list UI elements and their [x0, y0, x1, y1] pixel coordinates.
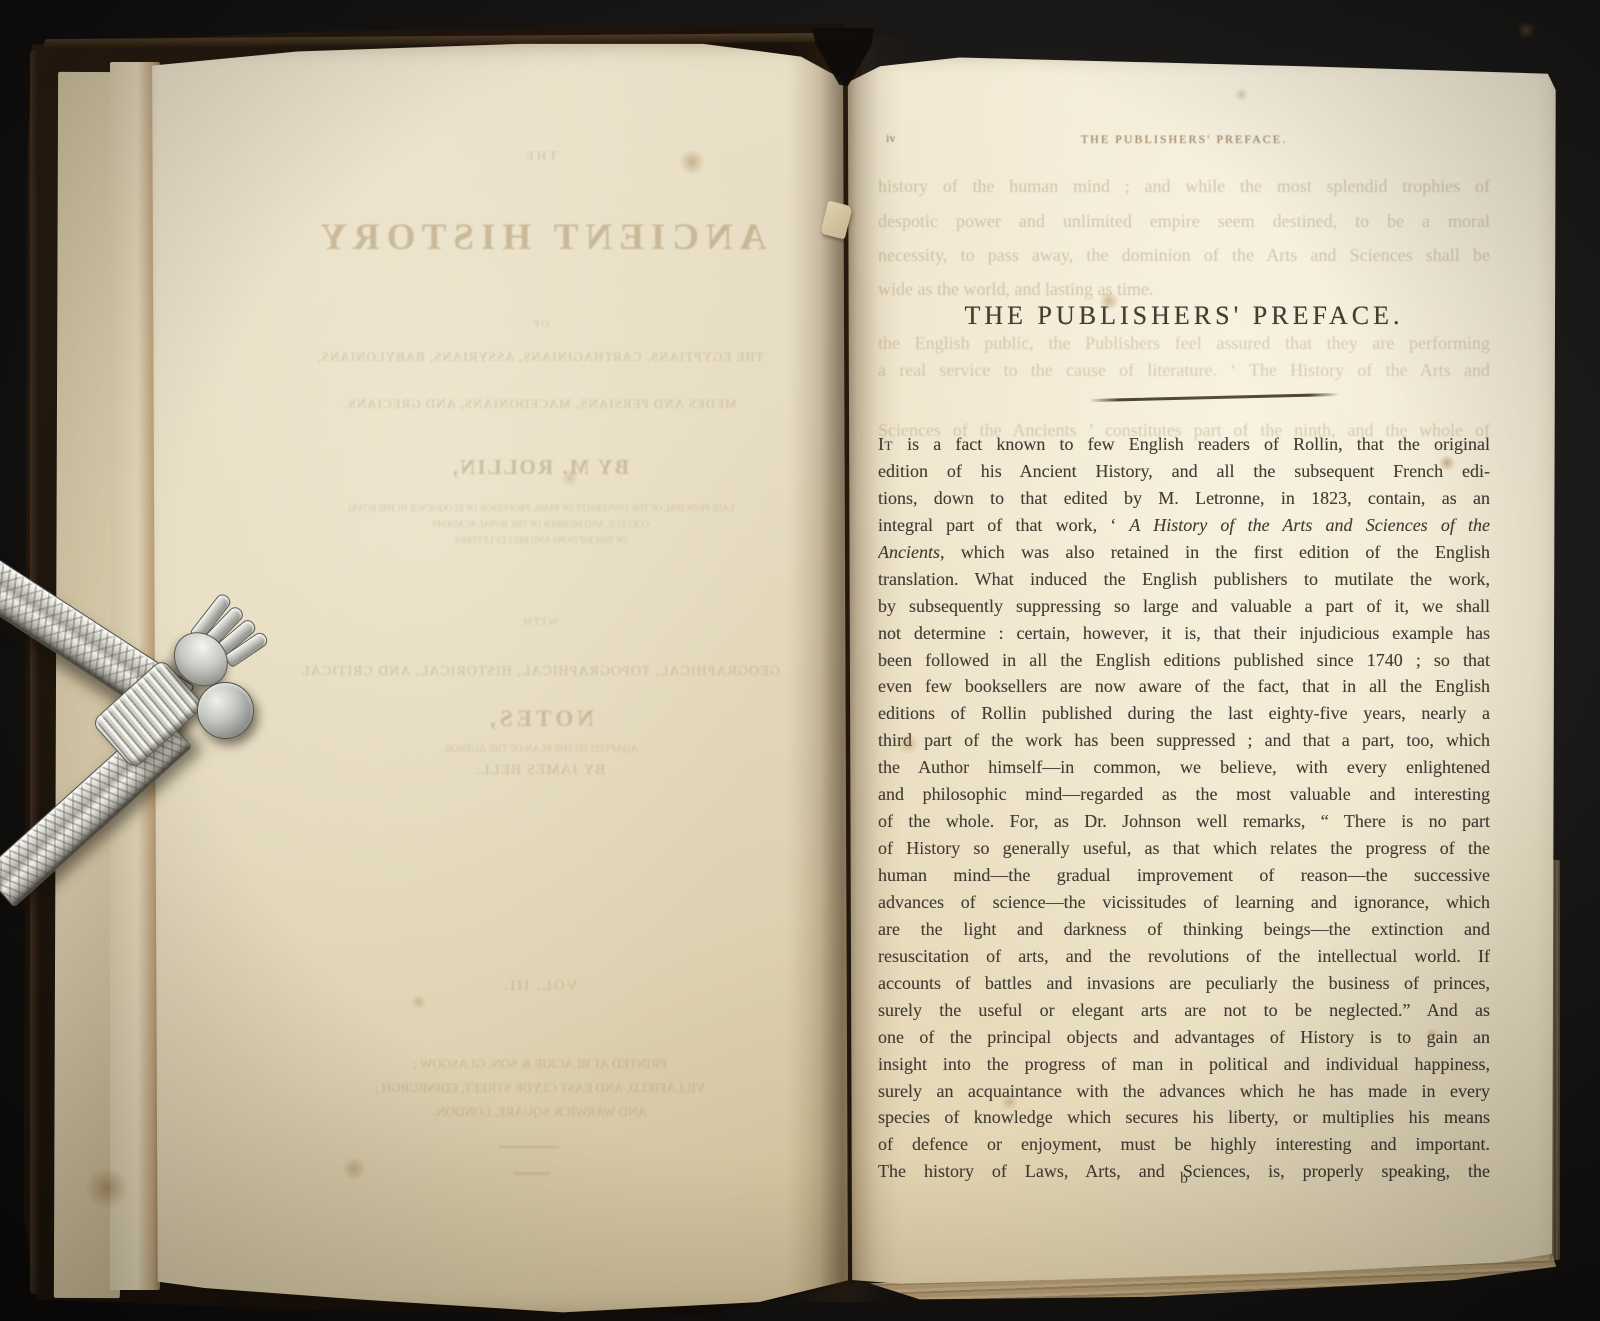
- photo-scene: THE ANCIENT HISTORY OF THE EGYPTIANS, CA…: [0, 0, 1600, 1321]
- showthrough-notes-desc: GEOGRAPHICAL, TOPOGRAPHICAL, HISTORICAL,…: [220, 664, 860, 680]
- body-line: one of the principal objects and advanta…: [878, 1024, 1490, 1051]
- body-line: tions, down to that edited by M. Letronn…: [878, 485, 1490, 512]
- body-line: and philosophic mind—regarded as the mos…: [878, 781, 1490, 808]
- showthrough-ornament-rule: [514, 1172, 550, 1175]
- body-line: human mind—the gradual improvement of re…: [878, 862, 1490, 889]
- showthrough-notes: NOTES,: [220, 706, 860, 732]
- showthrough-author: BY M. ROLLIN,: [220, 455, 860, 480]
- showthrough-author-note: COLLEGE, AND MEMBER OF THE ROYAL ACADEMY: [220, 519, 860, 529]
- preface-heading: THE PUBLISHERS' PREFACE.: [878, 301, 1490, 331]
- foxing-spot: [1516, 22, 1536, 38]
- cover-spine-edge: [30, 50, 39, 1294]
- body-line: edition of his Ancient History, and all …: [878, 458, 1490, 485]
- body-line: integral part of that work, ‘ A History …: [878, 512, 1490, 539]
- showthrough-volume: VOL. III.: [220, 978, 860, 995]
- showthrough-notes-sub: ADAPTED TO THE PLAN OF THE AUTHOR.: [220, 744, 860, 755]
- body-line: Ancients, which was also retained in the…: [878, 539, 1490, 566]
- body-line: It is a fact known to few English reader…: [878, 431, 1490, 458]
- showthrough-imprint-line: AND WARWICK SQUARE, LONDON.: [220, 1104, 860, 1120]
- showthrough-subtitle-line: MEDES AND PERSIANS, MACEDONIANS, AND GRE…: [220, 396, 860, 412]
- preface-paragraph: It is a fact known to few English reader…: [878, 431, 1490, 1185]
- showthrough-line: a real service to the cause of literatur…: [878, 360, 1490, 384]
- body-line: species of knowledge which secures his l…: [878, 1104, 1490, 1131]
- body-line: surely the useful or elegant arts are no…: [878, 997, 1490, 1024]
- showthrough-book-title: ANCIENT HISTORY: [220, 216, 860, 259]
- body-line: of History so generally useful, as that …: [878, 835, 1490, 862]
- body-line: surely an acquaintance with the advances…: [878, 1078, 1490, 1105]
- left-page-showthrough-title-page: THE ANCIENT HISTORY OF THE EGYPTIANS, CA…: [220, 0, 860, 1321]
- showthrough-line: the English public, the Publishers feel …: [878, 333, 1490, 357]
- body-line: by subsequently suppressing so large and…: [878, 593, 1490, 620]
- body-line: been followed in all the English edition…: [878, 647, 1490, 674]
- showthrough-the: THE: [220, 148, 860, 164]
- body-line: resuscitation of arts, and the revolutio…: [878, 943, 1490, 970]
- showthrough-author-note: LATE PRINCIPAL OF THE UNIVERSITY OF PARI…: [220, 503, 860, 513]
- body-line: the Author himself—in common, we believe…: [878, 754, 1490, 781]
- body-line: of defence or enjoyment, must be highly …: [878, 1131, 1490, 1158]
- showthrough-of: OF: [220, 318, 860, 330]
- body-line: editions of Rollin published during the …: [878, 700, 1490, 727]
- body-line: are the light and darkness of thinking b…: [878, 916, 1490, 943]
- showthrough-subtitle-line: THE EGYPTIANS, CARTHAGINIANS, ASSYRIANS,…: [220, 349, 860, 365]
- body-line: of the whole. For, as Dr. Johnson well r…: [878, 808, 1490, 835]
- body-line: advances of science—the vicissitudes of …: [878, 889, 1490, 916]
- showthrough-imprint-line: PRINTED AT BLACKIE & SON, GLASGOW ;: [220, 1056, 860, 1072]
- showthrough-editor: BY JAMES BELL.: [220, 762, 860, 779]
- body-line: translation. What induced the English pu…: [878, 566, 1490, 593]
- body-line: accounts of battles and invasions are pe…: [878, 970, 1490, 997]
- showthrough-author-note: OF INSCRIPTIONS AND BELLES LETTRES.: [220, 535, 860, 545]
- clasp-disc: [197, 682, 254, 739]
- signature-mark: b: [878, 1170, 1490, 1188]
- body-line: third part of the work has been suppress…: [878, 727, 1490, 754]
- showthrough-with: WITH: [220, 616, 860, 628]
- body-line: not determine : certain, however, it is,…: [878, 620, 1490, 647]
- showthrough-ornament-rule: [499, 1146, 559, 1148]
- showthrough-imprint-line: VILLAFIELD, AND EAST CLYDE STREET, EDINB…: [220, 1080, 860, 1096]
- body-line: insight into the progress of man in poli…: [878, 1051, 1490, 1078]
- showthrough-paragraph-mid: the English public, the Publishers feel …: [878, 0, 1490, 460]
- body-line: even few booksellers are now aware of th…: [878, 673, 1490, 700]
